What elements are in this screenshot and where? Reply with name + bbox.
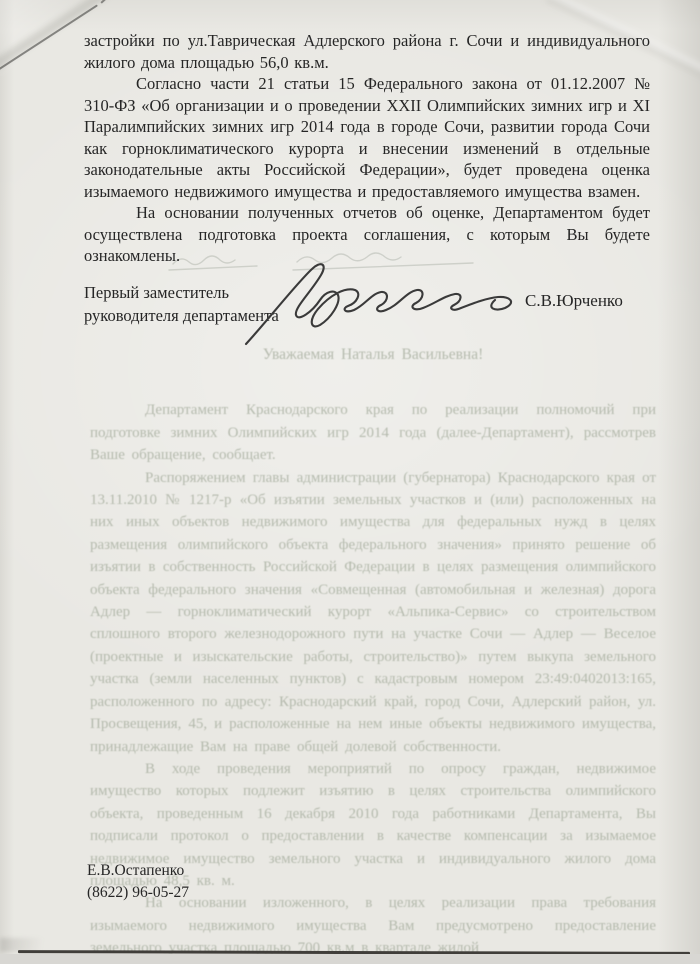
body-paragraph: Согласно части 21 статьи 15 Федерального…	[84, 73, 650, 202]
crease-tick-top-edge	[100, 0, 121, 4]
signer-name: С.В.Юрченко	[525, 291, 623, 311]
scanned-letter-page: Уважаемая Наталья Васильевна! Департамен…	[0, 0, 700, 964]
letter-body: застройки по ул.Таврическая Адлерского р…	[84, 30, 650, 267]
ghost-paragraph: Департамент Краснодарского края по реали…	[90, 399, 656, 466]
executor-name: Е.В.Остапенко	[87, 860, 189, 882]
executor-phone: (8622) 96-05-27	[87, 882, 189, 904]
body-paragraph: застройки по ул.Таврическая Адлерского р…	[84, 30, 650, 73]
handwritten-signature	[162, 250, 528, 354]
scanner-background-strip	[0, 954, 700, 964]
ghost-paragraph: Распоряжением главы администрации (губер…	[90, 467, 656, 758]
executor-contact: Е.В.Остапенко (8622) 96-05-27	[87, 860, 189, 903]
